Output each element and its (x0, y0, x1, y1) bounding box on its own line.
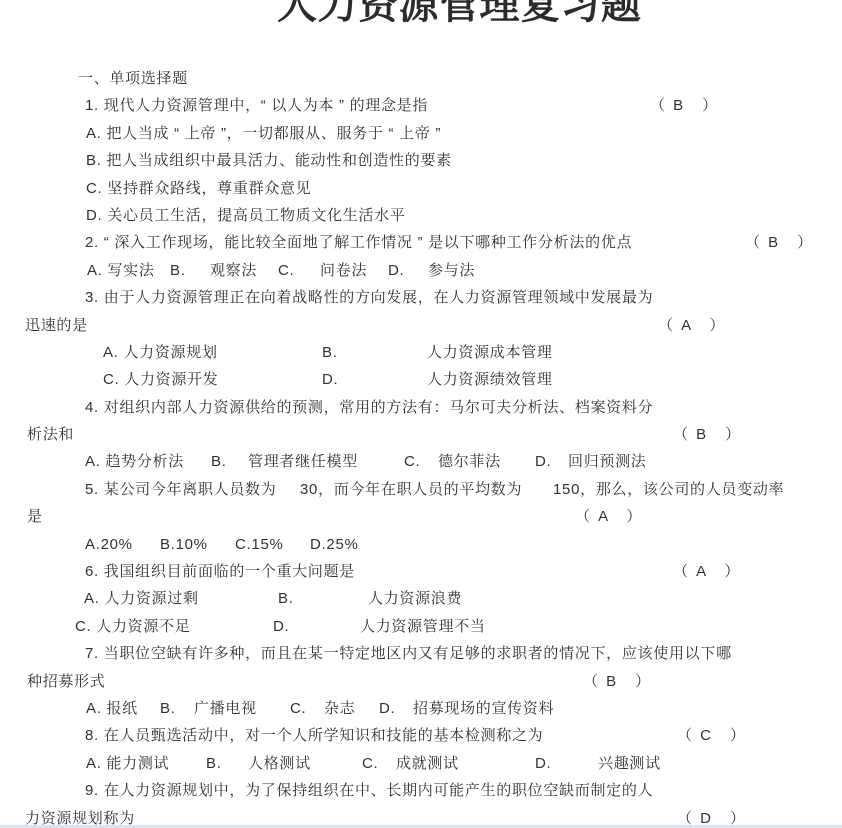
q2-options-text: B. (170, 261, 186, 280)
q1-option-a-text: A. 把人当成 “ 上帝 ”，一切都服从、服务于 “ 上帝 ” (86, 124, 441, 143)
q3-options-row-2-text: 人力资源绩效管理 (427, 370, 553, 389)
section-heading-text: 一、单项选择题 (78, 69, 188, 88)
q2-options-text: A. 写实法 (87, 261, 155, 280)
question-9-line-1-text: 9. 在人力资源规划中，为了保持组织在中、长期内可能产生的职位空缺而制定的人 (85, 781, 653, 800)
question-8: 8. 在人员甄选活动中，对一个人所学知识和技能的基本检测称之为（ C ） (0, 726, 842, 753)
q8-options-text: 人格测试 (248, 754, 311, 773)
q4-options-text: A. 趋势分析法 (85, 452, 184, 471)
q1-option-b-text: B. 把人当成组织中最具活力、能动性和创造性的要素 (86, 151, 452, 170)
q7-options-text: 招募现场的宣传资料 (413, 699, 554, 718)
question-4-line-2-answer: （ B ） (673, 425, 742, 444)
q5-options-text: B.10% (160, 535, 208, 554)
q3-options-row-2-text: D. (322, 370, 338, 389)
q3-options-row-1-text: 人力资源成本管理 (427, 343, 553, 362)
q5-options-text: A.20% (85, 535, 133, 554)
question-5-line-1: 5. 某公司今年离职人员数为30，而今年在职人员的平均数为150，那么，该公司的… (0, 480, 842, 507)
q6-options-row-2: C. 人力资源不足D.人力资源管理不当 (0, 617, 842, 644)
question-7-line-2-answer: （ B ） (583, 672, 652, 691)
q4-options-text: D. (535, 452, 551, 471)
question-5-line-2-answer: （ A ） (575, 507, 643, 526)
q7-options-text: 广播电视 (194, 699, 257, 718)
q3-options-row-2-text: C. 人力资源开发 (103, 370, 218, 389)
q8-options-text: A. 能力测试 (86, 754, 169, 773)
q3-options-row-1-text: A. 人力资源规划 (103, 343, 218, 362)
q3-options-row-2: C. 人力资源开发D.人力资源绩效管理 (0, 370, 842, 397)
question-5-line-2-text: 是 (27, 507, 43, 526)
q3-options-row-1: A. 人力资源规划B.人力资源成本管理 (0, 343, 842, 370)
q5-options-text: C.15% (235, 535, 284, 554)
question-6-answer: （ A ） (673, 562, 741, 581)
q7-options-text: A. 报纸 (86, 699, 138, 718)
question-5-line-1-text: 150，那么，该公司的人员变动率 (553, 480, 784, 499)
question-4-line-2: 析法和（ B ） (0, 425, 842, 452)
q5-options-text: D.25% (310, 535, 359, 554)
q8-options-text: B. (206, 754, 222, 773)
question-1-text: 1. 现代人力资源管理中，“ 以人为本 ” 的理念是指 (85, 96, 428, 115)
q6-options-row-1: A. 人力资源过剩B.人力资源浪费 (0, 589, 842, 616)
question-3-line-2-answer: （ A ） (658, 316, 726, 335)
q6-options-row-2-text: D. (273, 617, 289, 636)
q1-option-b: B. 把人当成组织中最具活力、能动性和创造性的要素 (0, 151, 842, 178)
q3-options-row-1-text: B. (322, 343, 338, 362)
question-3-line-2-text: 迅速的是 (25, 316, 88, 335)
question-2-answer: （ B ） (745, 233, 814, 252)
q7-options-text: B. (160, 699, 176, 718)
document-title: 人力资源管理复习题 (277, 0, 642, 25)
q1-option-c-text: C. 坚持群众路线，尊重群众意见 (86, 179, 311, 198)
q4-options-text: 管理者继任模型 (248, 452, 358, 471)
q2-options-text: D. (388, 261, 404, 280)
q4-options-text: 德尔菲法 (438, 452, 501, 471)
q6-options-row-2-text: C. 人力资源不足 (75, 617, 190, 636)
q7-options-text: 杂志 (324, 699, 355, 718)
section-heading: 一、单项选择题 (0, 69, 842, 96)
question-7-line-2-text: 种招募形式 (27, 672, 106, 691)
q4-options-text: C. (404, 452, 420, 471)
question-1: 1. 现代人力资源管理中，“ 以人为本 ” 的理念是指（ B ） (0, 96, 842, 123)
q2-options-text: 观察法 (210, 261, 257, 280)
question-8-text: 8. 在人员甄选活动中，对一个人所学知识和技能的基本检测称之为 (85, 726, 543, 745)
question-2-text: 2. “ 深入工作现场，能比较全面地了解工作情况 ” 是以下哪种工作分析法的优点 (85, 233, 632, 252)
q1-option-d: D. 关心员工生活，提高员工物质文化生活水平 (0, 206, 842, 233)
question-7-line-1: 7. 当职位空缺有许多种，而且在某一特定地区内又有足够的求职者的情况下，应该使用… (0, 644, 842, 671)
q1-option-c: C. 坚持群众路线，尊重群众意见 (0, 179, 842, 206)
question-6: 6. 我国组织目前面临的一个重大问题是（ A ） (0, 562, 842, 589)
question-9-line-1: 9. 在人力资源规划中，为了保持组织在中、长期内可能产生的职位空缺而制定的人 (0, 781, 842, 808)
question-5-line-2: 是（ A ） (0, 507, 842, 534)
q2-options-text: C. (278, 261, 294, 280)
document-page: 人力资源管理复习题 一、单项选择题1. 现代人力资源管理中，“ 以人为本 ” 的… (0, 0, 842, 828)
q2-options-text: 问卷法 (320, 261, 367, 280)
q2-options-text: 参与法 (428, 261, 475, 280)
question-3-line-2: 迅速的是（ A ） (0, 316, 842, 343)
q8-options-text: C. (362, 754, 378, 773)
question-4-line-1-text: 4. 对组织内部人力资源供给的预测，常用的方法有：马尔可夫分析法、档案资料分 (85, 398, 653, 417)
question-5-line-1-text: 5. 某公司今年离职人员数为 (85, 480, 276, 499)
q6-options-row-1-text: B. (278, 589, 294, 608)
document-body: 一、单项选择题1. 现代人力资源管理中，“ 以人为本 ” 的理念是指（ B ）A… (0, 69, 842, 828)
q6-options-row-1-text: 人力资源浪费 (368, 589, 462, 608)
q1-option-d-text: D. 关心员工生活，提高员工物质文化生活水平 (86, 206, 406, 225)
q6-options-row-2-text: 人力资源管理不当 (360, 617, 486, 636)
question-7-line-1-text: 7. 当职位空缺有许多种，而且在某一特定地区内又有足够的求职者的情况下，应该使用… (85, 644, 732, 663)
q4-options: A. 趋势分析法B.管理者继任模型C.德尔菲法D.回归预测法 (0, 452, 842, 479)
q6-options-row-1-text: A. 人力资源过剩 (84, 589, 199, 608)
question-1-answer: （ B ） (650, 96, 719, 115)
q4-options-text: 回归预测法 (568, 452, 647, 471)
question-5-line-1-text: 30，而今年在职人员的平均数为 (300, 480, 522, 499)
question-8-answer: （ C ） (677, 726, 747, 745)
q5-options: A.20%B.10%C.15%D.25% (0, 535, 842, 562)
q1-option-a: A. 把人当成 “ 上帝 ”，一切都服从、服务于 “ 上帝 ” (0, 124, 842, 151)
question-3-line-1-text: 3. 由于人力资源管理正在向着战略性的方向发展，在人力资源管理领域中发展最为 (85, 288, 653, 307)
q7-options-text: D. (379, 699, 395, 718)
q4-options-text: B. (211, 452, 227, 471)
q8-options-text: D. (535, 754, 551, 773)
q8-options: A. 能力测试B.人格测试C.成就测试D.兴趣测试 (0, 754, 842, 781)
q2-options: A. 写实法B.观察法C.问卷法D.参与法 (0, 261, 842, 288)
question-7-line-2: 种招募形式（ B ） (0, 672, 842, 699)
q8-options-text: 兴趣测试 (598, 754, 661, 773)
question-6-text: 6. 我国组织目前面临的一个重大问题是 (85, 562, 355, 581)
question-4-line-2-text: 析法和 (27, 425, 74, 444)
question-2: 2. “ 深入工作现场，能比较全面地了解工作情况 ” 是以下哪种工作分析法的优点… (0, 233, 842, 260)
q7-options-text: C. (290, 699, 306, 718)
question-3-line-1: 3. 由于人力资源管理正在向着战略性的方向发展，在人力资源管理领域中发展最为 (0, 288, 842, 315)
q8-options-text: 成就测试 (396, 754, 459, 773)
q7-options: A. 报纸B.广播电视C.杂志D.招募现场的宣传资料 (0, 699, 842, 726)
question-4-line-1: 4. 对组织内部人力资源供给的预测，常用的方法有：马尔可夫分析法、档案资料分 (0, 398, 842, 425)
